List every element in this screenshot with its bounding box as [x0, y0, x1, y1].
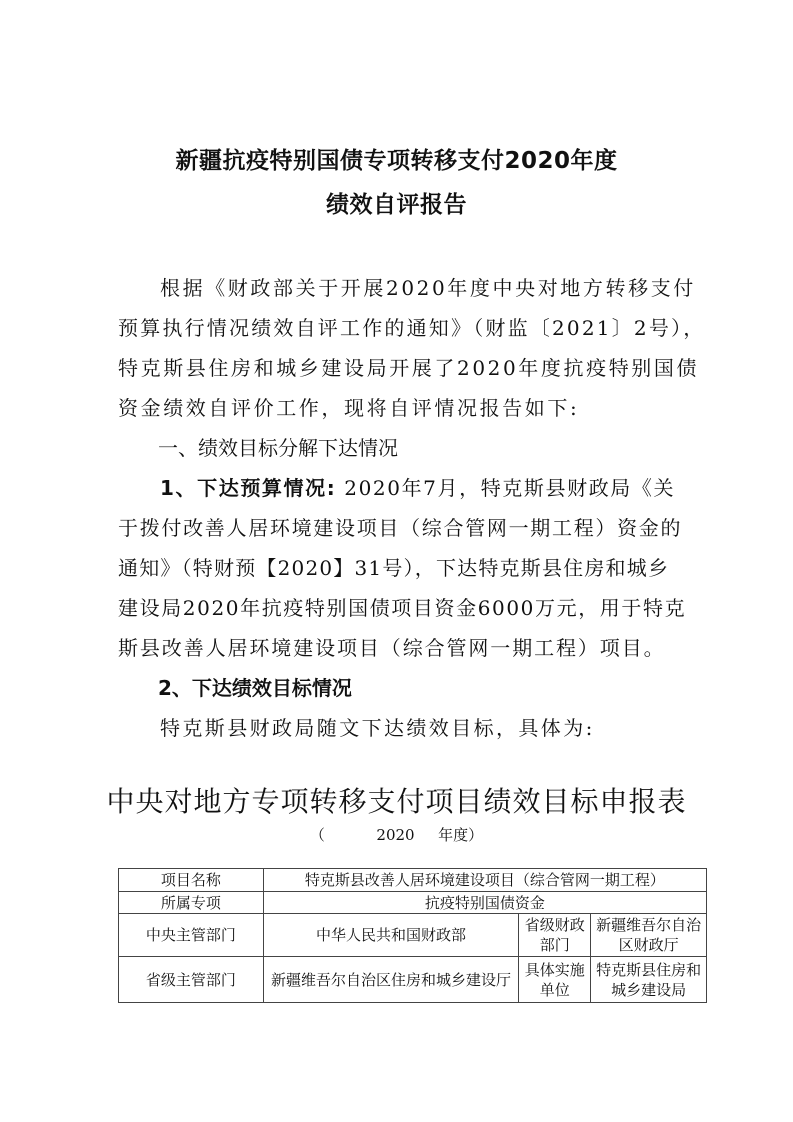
subsection-2-text: 特克斯县财政局随文下达绩效目标，具体为: — [160, 716, 725, 740]
table-row: 所属专项 抗疫特别国债资金 — [119, 892, 707, 914]
table-year-open: （ — [310, 824, 325, 845]
intro-line-2: 预算执行情况绩效自评工作的通知》（财监〔2021〕2号）， — [118, 316, 683, 340]
table-value: 抗疫特别国债资金 — [263, 892, 706, 914]
table-label: 项目名称 — [119, 869, 264, 892]
table-value: 特克斯县改善人居环境建设项目（综合管网一期工程） — [263, 869, 706, 892]
table-label: 所属专项 — [119, 892, 264, 914]
subsection-1-label: 1、下达预算情况: — [160, 476, 336, 500]
table-row: 中央主管部门 中华人民共和国财政部 省级财政部门 新疆维吾尔自治区财政厅 — [119, 914, 707, 957]
intro-line-1: 根据《财政部关于开展2020年度中央对地方转移支付 — [160, 276, 683, 300]
subsection-1-line-2: 于拨付改善人居环境建设项目（综合管网一期工程）资金的 — [118, 516, 683, 540]
table-label: 省级主管部门 — [119, 957, 264, 1003]
subsection-1-line-1: 1、下达预算情况: 2020年7月，特克斯县财政局《关 — [160, 476, 683, 500]
table-value: 新疆维吾尔自治区住房和城乡建设厅 — [263, 957, 519, 1003]
subsection-1-text: 2020年7月，特克斯县财政局《关 — [336, 476, 675, 500]
subsection-1-line-5: 斯县改善人居环境建设项目（综合管网一期工程）项目。 — [118, 636, 683, 660]
table-label: 中央主管部门 — [119, 914, 264, 957]
performance-target-table: 项目名称 特克斯县改善人居环境建设项目（综合管网一期工程） 所属专项 抗疫特别国… — [118, 868, 707, 1003]
table-year-label: 年度） — [438, 824, 483, 845]
report-title-line1: 新疆抗疫特别国债专项转移支付2020年度 — [0, 142, 793, 175]
report-title-line2: 绩效自评报告 — [0, 186, 793, 219]
intro-line-4: 资金绩效自评价工作，现将自评情况报告如下: — [118, 396, 683, 420]
section-1-heading: 一、绩效目标分解下达情况 — [158, 436, 398, 460]
table-title: 中央对地方专项转移支付项目绩效目标申报表 — [0, 780, 793, 820]
table-row: 项目名称 特克斯县改善人居环境建设项目（综合管网一期工程） — [119, 869, 707, 892]
table-year: （ 2020 年度） — [0, 824, 793, 845]
subsection-2-heading: 2、下达绩效目标情况 — [158, 676, 352, 700]
table-value: 中华人民共和国财政部 — [263, 914, 519, 957]
table-label: 具体实施单位 — [519, 957, 591, 1003]
subsection-1-line-4: 建设局2020年抗疫特别国债项目资金6000万元，用于特克 — [118, 596, 683, 620]
subsection-1-line-3: 通知》（特财预【2020】31号），下达特克斯县住房和城乡 — [118, 556, 683, 580]
table-value: 新疆维吾尔自治区财政厅 — [591, 914, 707, 957]
table-label: 省级财政部门 — [519, 914, 591, 957]
table-year-value: 2020 — [376, 826, 414, 844]
table-value: 特克斯县住房和城乡建设局 — [591, 957, 707, 1003]
intro-line-3: 特克斯县住房和城乡建设局开展了2020年度抗疫特别国债 — [118, 356, 683, 380]
table-row: 省级主管部门 新疆维吾尔自治区住房和城乡建设厅 具体实施单位 特克斯县住房和城乡… — [119, 957, 707, 1003]
